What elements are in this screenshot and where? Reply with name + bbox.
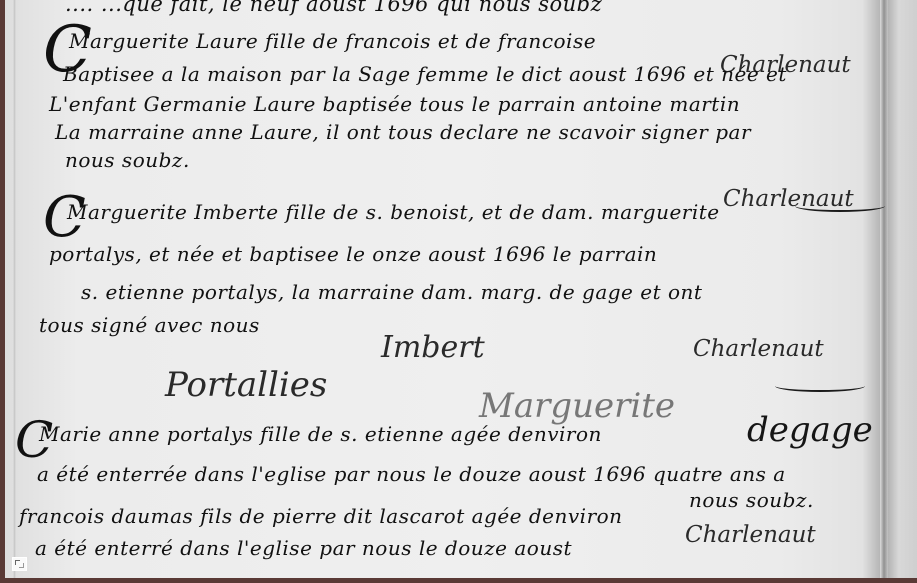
signature-marguerite: Marguerite [479,386,675,426]
signature-charlenaut-3: Charlenaut [693,336,824,362]
manuscript-line-13: a été enterré dans l'eglise par nous le … [35,536,572,560]
manuscript-line-11: a été enterrée dans l'eglise par nous le… [37,462,786,486]
signature-flourish [775,380,865,392]
page-fold-left [13,0,16,578]
image-viewer: .... ...que fait, le neuf aoust 1696 qui… [0,0,917,583]
manuscript-line-6: Marguerite Imberte fille de s. benoist, … [67,200,720,224]
signature-flourish [795,200,885,212]
signature-portallies: Portallies [165,365,327,405]
manuscript-line-8: s. etienne portalys, la marraine dam. ma… [81,280,702,304]
manuscript-line-11-right: nous soubz. [689,488,814,512]
expand-icon[interactable] [12,557,27,571]
manuscript-line-5: nous soubz. [65,148,190,172]
page-binding-edge [880,0,888,578]
manuscript-page: .... ...que fait, le neuf aoust 1696 qui… [5,0,917,578]
manuscript-line-7: portalys, et née et baptisee le onze aou… [49,242,657,266]
signature-degage: degage [747,410,873,450]
manuscript-line-0: .... ...que fait, le neuf aoust 1696 qui… [65,0,602,16]
signature-imbert: Imbert [381,330,485,365]
signature-charlenaut-4: Charlenaut [685,522,816,548]
manuscript-line-3: L'enfant Germanie Laure baptisée tous le… [49,92,740,116]
manuscript-line-1: Marguerite Laure fille de francois et de… [69,29,596,53]
manuscript-line-9: tous signé avec nous [39,313,260,337]
manuscript-line-10: Marie anne portalys fille de s. etienne … [39,422,602,446]
manuscript-line-12: francois daumas fils de pierre dit lasca… [19,504,623,528]
manuscript-line-2: Baptisee a la maison par la Sage femme l… [63,62,787,86]
manuscript-line-4: La marraine anne Laure, il ont tous decl… [55,120,751,144]
